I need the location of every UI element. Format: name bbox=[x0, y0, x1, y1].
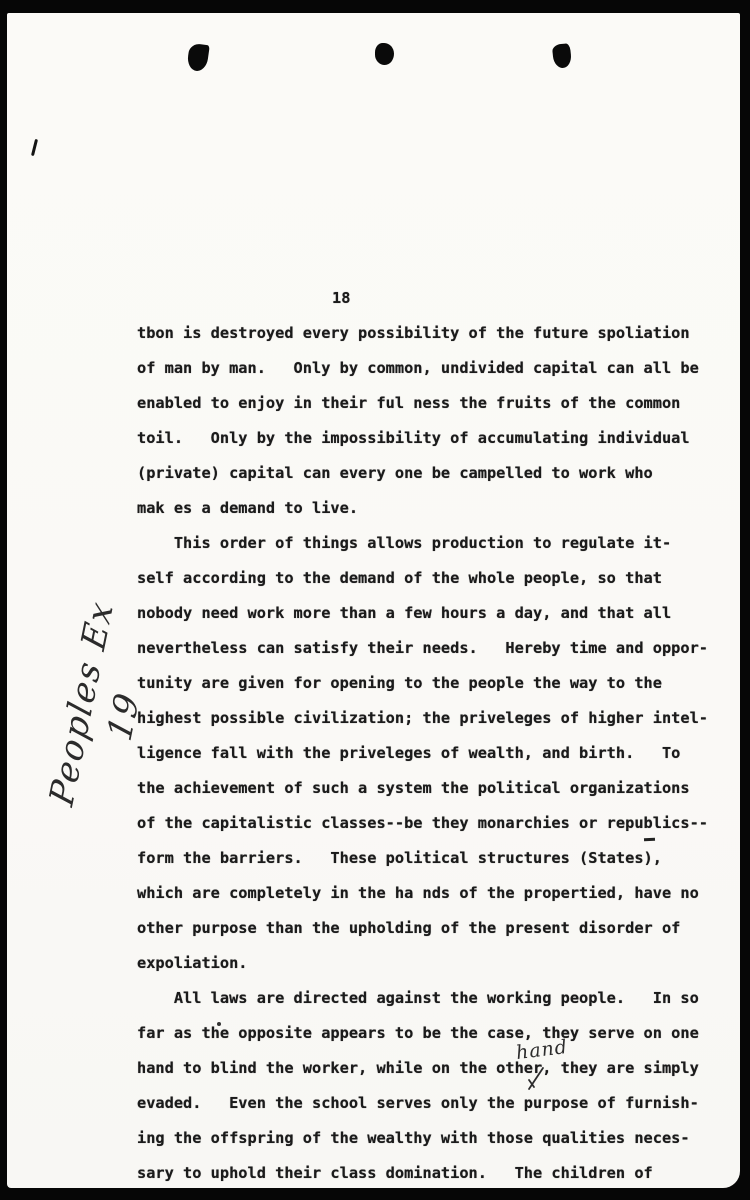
fastener-mark-icon bbox=[186, 43, 210, 73]
typed-body-text: tbon is destroyed every possibility of t… bbox=[137, 316, 708, 1191]
pen-slash-mark-icon bbox=[31, 139, 38, 156]
fastener-mark-icon bbox=[552, 43, 572, 69]
insertion-caret-icon bbox=[522, 1066, 548, 1092]
stray-dot-mark-icon bbox=[217, 1022, 221, 1026]
page-number: 18 bbox=[332, 281, 350, 316]
stray-dash-mark-icon bbox=[644, 838, 655, 842]
paper-sheet: 18 tbon is destroyed every possibility o… bbox=[7, 13, 740, 1188]
fastener-mark-icon bbox=[375, 43, 394, 65]
handwritten-exhibit-note: Peoples Ex 19 bbox=[36, 574, 128, 832]
scanned-document-screen: 18 tbon is destroyed every possibility o… bbox=[0, 0, 750, 1200]
